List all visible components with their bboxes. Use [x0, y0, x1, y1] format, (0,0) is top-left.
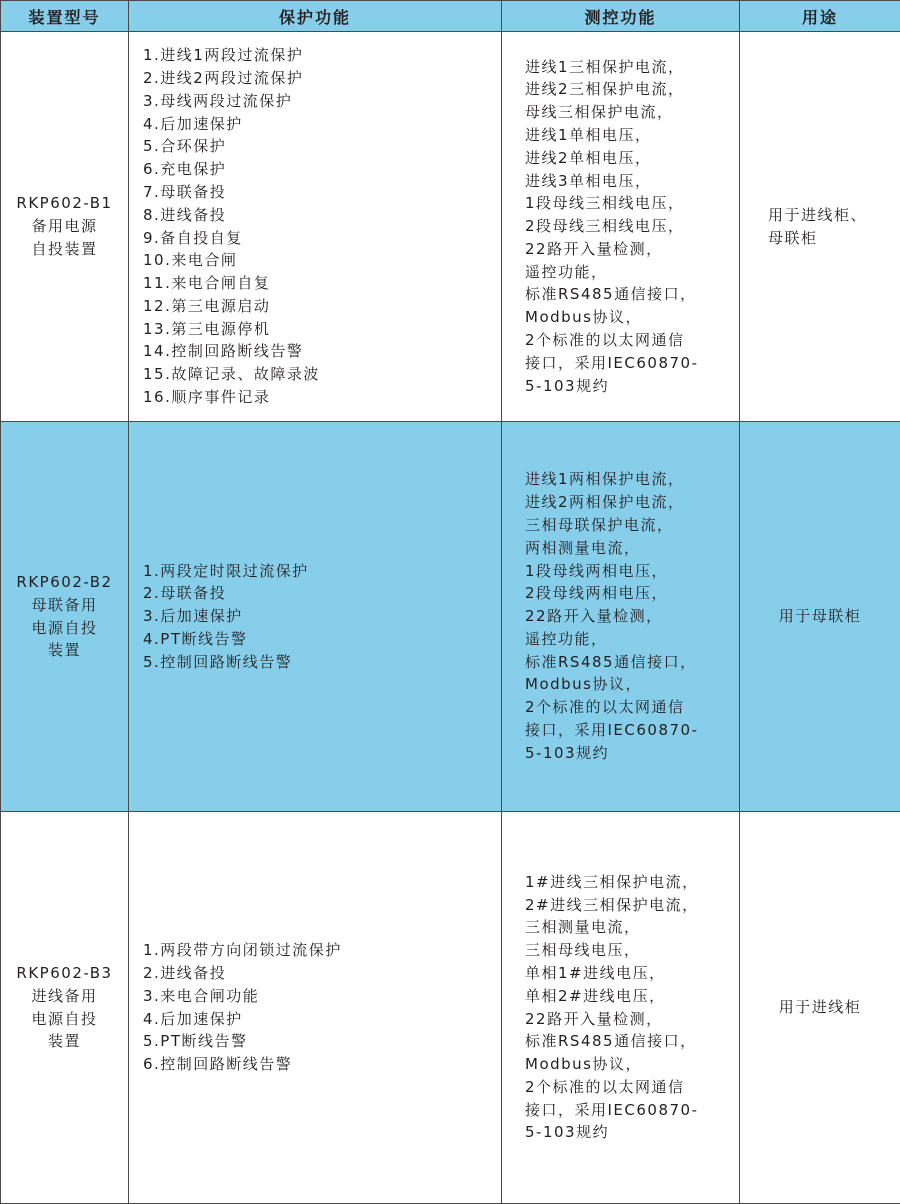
measurement-item: 1段母线三相线电压， — [525, 192, 733, 215]
model-desc-line: 自投装置 — [1, 238, 128, 261]
measurement-item: 进线2两相保护电流， — [525, 491, 733, 514]
table-row: RKP602-B1 备用电源 自投装置 1.进线1两段过流保护 2.进线2两段过… — [1, 32, 900, 422]
protection-cell: 1.两段带方向闭锁过流保护 2.进线备投 3.来电合闸功能 4.后加速保护 5.… — [129, 812, 502, 1204]
measurement-item: 三相母线电压， — [525, 939, 733, 962]
protection-item: 9.备自投自复 — [143, 227, 501, 250]
model-cell: RKP602-B3 进线备用 电源自投 装置 — [1, 812, 129, 1204]
model-desc-line: 母联备用 — [1, 594, 128, 617]
measurement-item: Modbus协议， — [525, 1053, 733, 1076]
usage-text: 用于进线柜、 — [768, 204, 894, 227]
protection-item: 3.后加速保护 — [143, 605, 501, 628]
protection-item: 7.母联备投 — [143, 181, 501, 204]
measurement-item: Modbus协议， — [525, 306, 733, 329]
measurement-item: 标准RS485通信接口， — [525, 651, 733, 674]
protection-item: 2.母联备投 — [143, 582, 501, 605]
measurement-cell: 1#进线三相保护电流， 2#进线三相保护电流， 三相测量电流， 三相母线电压， … — [502, 812, 740, 1204]
protection-item: 1.进线1两段过流保护 — [143, 44, 501, 67]
measurement-item: 两相测量电流， — [525, 537, 733, 560]
protection-item: 3.母线两段过流保护 — [143, 90, 501, 113]
protection-cell: 1.两段定时限过流保护 2.母联备投 3.后加速保护 4.PT断线告警 5.控制… — [129, 422, 502, 812]
protection-item: 6.控制回路断线告警 — [143, 1053, 501, 1076]
measurement-item: 遥控功能， — [525, 261, 733, 284]
header-protection: 保护功能 — [129, 1, 502, 32]
measurement-item: 三相母联保护电流， — [525, 514, 733, 537]
measurement-item: 进线1单相电压， — [525, 124, 733, 147]
protection-item: 2.进线备投 — [143, 962, 501, 985]
protection-item: 14.控制回路断线告警 — [143, 340, 501, 363]
model-cell: RKP602-B1 备用电源 自投装置 — [1, 32, 129, 422]
measurement-item: 接口，采用IEC60870- — [525, 719, 733, 742]
model-desc-line: 进线备用 — [1, 985, 128, 1008]
protection-item: 8.进线备投 — [143, 204, 501, 227]
measurement-item: 5-103规约 — [525, 375, 733, 398]
usage-text: 用于进线柜 — [746, 996, 894, 1019]
measurement-item: 遥控功能， — [525, 628, 733, 651]
measurement-item: 5-103规约 — [525, 1121, 733, 1144]
measurement-item: 2个标准的以太网通信 — [525, 696, 733, 719]
header-row: 装置型号 保护功能 测控功能 用途 — [1, 1, 900, 32]
measurement-item: 5-103规约 — [525, 742, 733, 765]
protection-item: 6.充电保护 — [143, 158, 501, 181]
header-model: 装置型号 — [1, 1, 129, 32]
measurement-item: 2段母线三相线电压， — [525, 215, 733, 238]
device-spec-table: 装置型号 保护功能 测控功能 用途 RKP602-B1 备用电源 自投装置 1.… — [0, 0, 900, 1204]
table-row: RKP602-B3 进线备用 电源自投 装置 1.两段带方向闭锁过流保护 2.进… — [1, 812, 900, 1204]
header-measurement: 测控功能 — [502, 1, 740, 32]
usage-text: 用于母联柜 — [746, 605, 894, 628]
model-name: RKP602-B3 — [1, 962, 128, 985]
measurement-item: 母线三相保护电流， — [525, 101, 733, 124]
measurement-item: 进线2三相保护电流， — [525, 78, 733, 101]
measurement-item: 2段母线两相电压， — [525, 582, 733, 605]
usage-cell: 用于进线柜、 母联柜 — [740, 32, 900, 422]
measurement-item: Modbus协议， — [525, 673, 733, 696]
model-desc-line: 电源自投 — [1, 617, 128, 640]
protection-item: 10.来电合闸 — [143, 249, 501, 272]
protection-item: 1.两段带方向闭锁过流保护 — [143, 939, 501, 962]
model-cell: RKP602-B2 母联备用 电源自投 装置 — [1, 422, 129, 812]
usage-cell: 用于进线柜 — [740, 812, 900, 1204]
protection-cell: 1.进线1两段过流保护 2.进线2两段过流保护 3.母线两段过流保护 4.后加速… — [129, 32, 502, 422]
usage-text: 母联柜 — [768, 227, 894, 250]
table-row: RKP602-B2 母联备用 电源自投 装置 1.两段定时限过流保护 2.母联备… — [1, 422, 900, 812]
model-desc-line: 装置 — [1, 1030, 128, 1053]
protection-item: 2.进线2两段过流保护 — [143, 67, 501, 90]
header-usage: 用途 — [740, 1, 900, 32]
measurement-item: 接口，采用IEC60870- — [525, 352, 733, 375]
model-name: RKP602-B2 — [1, 571, 128, 594]
measurement-cell: 进线1三相保护电流， 进线2三相保护电流， 母线三相保护电流， 进线1单相电压，… — [502, 32, 740, 422]
protection-item: 4.后加速保护 — [143, 1008, 501, 1031]
protection-item: 5.PT断线告警 — [143, 1030, 501, 1053]
model-desc-line: 电源自投 — [1, 1008, 128, 1031]
measurement-item: 22路开入量检测， — [525, 605, 733, 628]
model-desc-line: 装置 — [1, 639, 128, 662]
protection-item: 4.PT断线告警 — [143, 628, 501, 651]
protection-item: 1.两段定时限过流保护 — [143, 560, 501, 583]
protection-item: 5.合环保护 — [143, 135, 501, 158]
protection-item: 12.第三电源启动 — [143, 295, 501, 318]
measurement-item: 进线1两相保护电流， — [525, 468, 733, 491]
measurement-item: 2个标准的以太网通信 — [525, 329, 733, 352]
measurement-item: 进线2单相电压， — [525, 147, 733, 170]
measurement-item: 22路开入量检测， — [525, 1008, 733, 1031]
measurement-item: 标准RS485通信接口， — [525, 283, 733, 306]
measurement-item: 22路开入量检测， — [525, 238, 733, 261]
model-desc-line: 备用电源 — [1, 215, 128, 238]
protection-item: 15.故障记录、故障录波 — [143, 363, 501, 386]
measurement-item: 单相1#进线电压， — [525, 962, 733, 985]
measurement-item: 2#进线三相保护电流， — [525, 894, 733, 917]
measurement-item: 进线3单相电压， — [525, 170, 733, 193]
protection-item: 4.后加速保护 — [143, 113, 501, 136]
measurement-item: 1段母线两相电压， — [525, 560, 733, 583]
measurement-item: 进线1三相保护电流， — [525, 56, 733, 79]
measurement-item: 单相2#进线电压， — [525, 985, 733, 1008]
measurement-cell: 进线1两相保护电流， 进线2两相保护电流， 三相母联保护电流， 两相测量电流， … — [502, 422, 740, 812]
protection-item: 11.来电合闸自复 — [143, 272, 501, 295]
measurement-item: 2个标准的以太网通信 — [525, 1076, 733, 1099]
protection-item: 13.第三电源停机 — [143, 318, 501, 341]
usage-cell: 用于母联柜 — [740, 422, 900, 812]
model-name: RKP602-B1 — [1, 192, 128, 215]
protection-item: 16.顺序事件记录 — [143, 386, 501, 409]
protection-item: 3.来电合闸功能 — [143, 985, 501, 1008]
measurement-item: 三相测量电流， — [525, 916, 733, 939]
measurement-item: 1#进线三相保护电流， — [525, 871, 733, 894]
measurement-item: 标准RS485通信接口， — [525, 1030, 733, 1053]
protection-item: 5.控制回路断线告警 — [143, 651, 501, 674]
measurement-item: 接口，采用IEC60870- — [525, 1099, 733, 1122]
